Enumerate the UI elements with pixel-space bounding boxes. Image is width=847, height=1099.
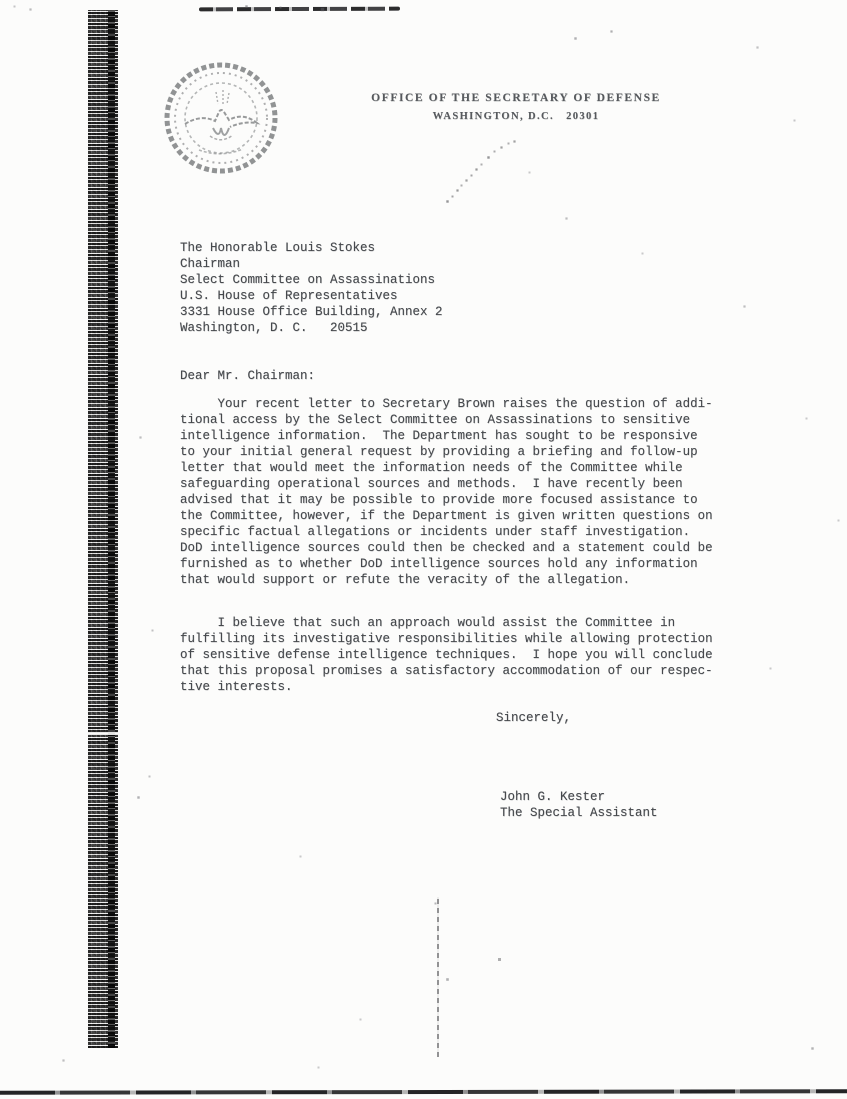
salutation: Dear Mr. Chairman: <box>180 368 315 384</box>
vertical-fold-line <box>437 897 439 1057</box>
scan-binding-band <box>88 10 118 1048</box>
closing: Sincerely, <box>496 710 571 726</box>
scan-binding-band-core <box>108 10 115 1048</box>
scan-noise-speckles <box>0 0 1 1</box>
letterhead-office-line: OFFICE OF THE SECRETARY OF DEFENSE <box>356 92 676 104</box>
recipient-address-block: The Honorable Louis Stokes Chairman Sele… <box>180 240 443 336</box>
scanned-letter-page: OFFICE OF THE SECRETARY OF DEFENSE WASHI… <box>0 0 847 1099</box>
top-scan-line <box>199 7 400 12</box>
scan-binding-band-gap <box>88 732 118 735</box>
signature-name: John G. Kester <box>500 789 605 805</box>
signature-title: The Special Assistant <box>500 805 658 821</box>
letterhead: OFFICE OF THE SECRETARY OF DEFENSE WASHI… <box>356 92 676 122</box>
bottom-scan-line <box>0 1089 847 1094</box>
body-paragraph-2: I believe that such an approach would as… <box>180 615 713 695</box>
letterhead-address-line: WASHINGTON, D.C. 20301 <box>356 111 676 122</box>
body-paragraph-1: Your recent letter to Secretary Brown ra… <box>180 396 713 588</box>
dod-seal-icon <box>163 62 279 179</box>
